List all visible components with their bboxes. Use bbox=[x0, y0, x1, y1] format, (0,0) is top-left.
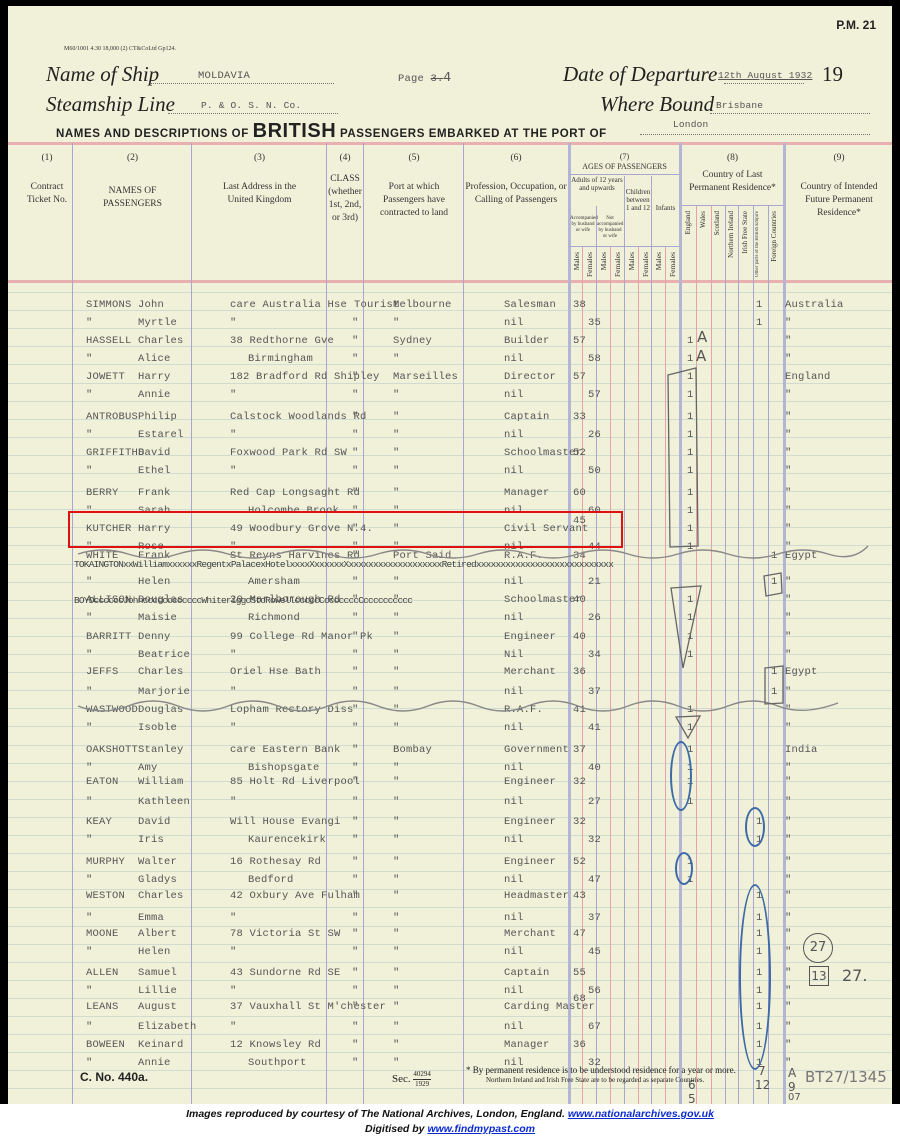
countries-note: Northern Ireland and Irish Free State ar… bbox=[486, 1076, 704, 1084]
tally: 7 bbox=[758, 1064, 766, 1078]
archive-reference: BT27/1345 bbox=[805, 1068, 887, 1086]
total-count: 27. bbox=[842, 966, 867, 985]
form-number: C. No. 440a. bbox=[80, 1070, 148, 1084]
circled-count: 27 bbox=[803, 933, 833, 963]
national-archives-link[interactable]: www.nationalarchives.gov.uk bbox=[568, 1108, 714, 1120]
boxed-count: 13 bbox=[809, 966, 829, 986]
tally: 12 bbox=[755, 1078, 770, 1092]
digitised-text: Digitised by bbox=[365, 1123, 425, 1135]
tally: A bbox=[788, 1066, 796, 1080]
credit-footer: Images reproduced by courtesy of The Nat… bbox=[0, 1104, 900, 1141]
residence-note: * By permanent residence is to be unders… bbox=[466, 1065, 736, 1075]
blue-pencil-circle bbox=[745, 807, 765, 847]
pencil-mark: A bbox=[696, 347, 706, 365]
highlighted-record-kutcher[interactable] bbox=[68, 511, 623, 548]
pencil-mark: A bbox=[697, 328, 707, 346]
tally: 5 bbox=[688, 1092, 696, 1104]
passenger-list-page: M60/1001 4.30 18,000 (2) CT&CoLtd Gp124.… bbox=[8, 6, 892, 1104]
tally: 07 bbox=[788, 1092, 801, 1103]
blue-pencil-circle bbox=[670, 741, 692, 811]
blue-pencil-circle bbox=[675, 852, 693, 885]
credit-text: Images reproduced by courtesy of The Nat… bbox=[186, 1108, 565, 1120]
findmypast-link[interactable]: www.findmypast.com bbox=[427, 1123, 535, 1135]
sec-reference: Sec. 402941929 bbox=[392, 1070, 431, 1089]
blue-pencil-circle bbox=[739, 884, 771, 1070]
